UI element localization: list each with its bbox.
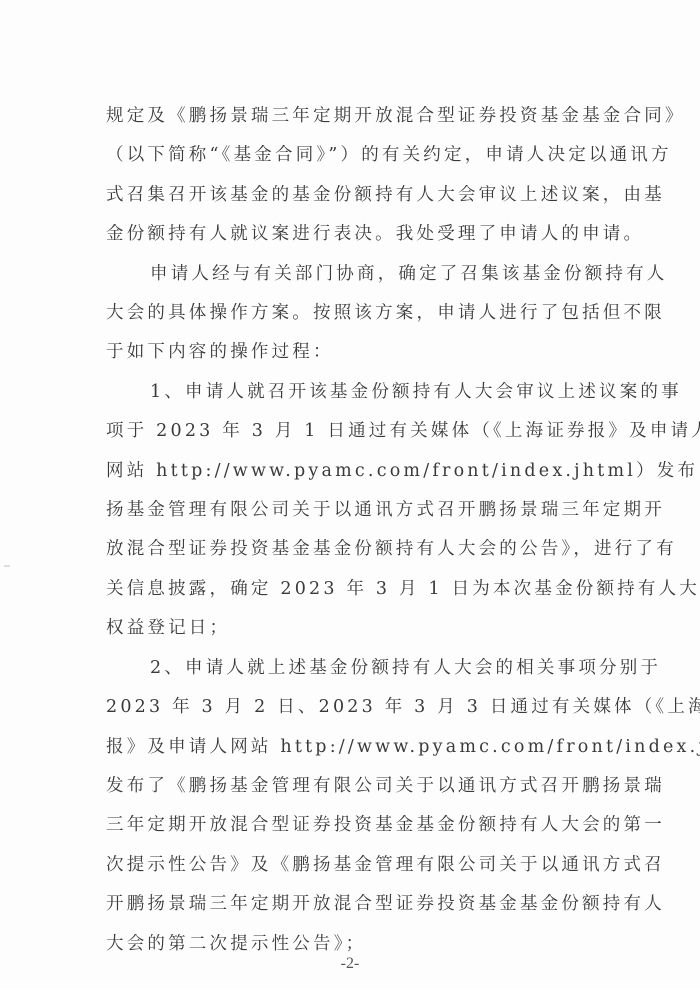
document-body: 规定及《鹏扬景瑞三年定期开放混合型证券投资基金基金合同》 （以下简称“《基金合同… [106,97,600,964]
scan-artifact [4,565,10,567]
document-page: 规定及《鹏扬景瑞三年定期开放混合型证券投资基金基金合同》 （以下简称“《基金合同… [0,0,700,989]
text-line: 开鹏扬景瑞三年定期开放混合型证券投资基金基金份额持有人 [106,885,600,924]
text-line: 放混合型证券投资基金基金份额持有人大会的公告》，进行了有 [106,530,600,569]
text-line: （以下简称“《基金合同》”）的有关约定，申请人决定以通讯方 [106,136,600,175]
text-line: 网站 http://www.pyamc.com/front/index.jhtm… [106,452,600,491]
text-line: 次提示性公告》及《鹏扬基金管理有限公司关于以通讯方式召 [106,846,600,885]
text-line: 金份额持有人就议案进行表决。我处受理了申请人的申请。 [106,215,600,254]
paragraph-1: 规定及《鹏扬景瑞三年定期开放混合型证券投资基金基金合同》 （以下简称“《基金合同… [106,97,600,255]
text-line: 大会的具体操作方案。按照该方案，申请人进行了包括但不限 [106,294,600,333]
text-line: 规定及《鹏扬景瑞三年定期开放混合型证券投资基金基金合同》 [106,97,600,136]
text-line: 2023 年 3 月 2 日、2023 年 3 月 3 日通过有关媒体（《上海证… [106,688,600,727]
text-line: 权益登记日； [106,609,600,648]
text-line: 报》及申请人网站 http://www.pyamc.com/front/inde… [106,728,600,767]
text-line: 三年定期开放混合型证券投资基金基金份额持有人大会的第一 [106,806,600,845]
text-line: 申请人经与有关部门协商，确定了召集该基金份额持有人 [106,255,600,294]
text-line: 1、申请人就召开该基金份额持有人大会审议上述议案的事 [106,373,600,412]
text-line: 于如下内容的操作过程： [106,333,600,372]
paragraph-item-1: 1、申请人就召开该基金份额持有人大会审议上述议案的事 项于 2023 年 3 月… [106,373,600,649]
text-line: 关信息披露，确定 2023 年 3 月 1 日为本次基金份额持有人大会 [106,570,600,609]
text-line: 2、申请人就上述基金份额持有人大会的相关事项分别于 [106,649,600,688]
text-line: 式召集召开该基金的基金份额持有人大会审议上述议案，由基 [106,176,600,215]
paragraph-item-2: 2、申请人就上述基金份额持有人大会的相关事项分别于 2023 年 3 月 2 日… [106,649,600,964]
paragraph-2: 申请人经与有关部门协商，确定了召集该基金份额持有人 大会的具体操作方案。按照该方… [106,255,600,373]
text-line: 发布了《鹏扬基金管理有限公司关于以通讯方式召开鹏扬景瑞 [106,767,600,806]
text-line: 扬基金管理有限公司关于以通讯方式召开鹏扬景瑞三年定期开 [106,491,600,530]
page-number: -2- [0,955,700,973]
text-line: 项于 2023 年 3 月 1 日通过有关媒体（《上海证券报》及申请人 [106,412,600,451]
